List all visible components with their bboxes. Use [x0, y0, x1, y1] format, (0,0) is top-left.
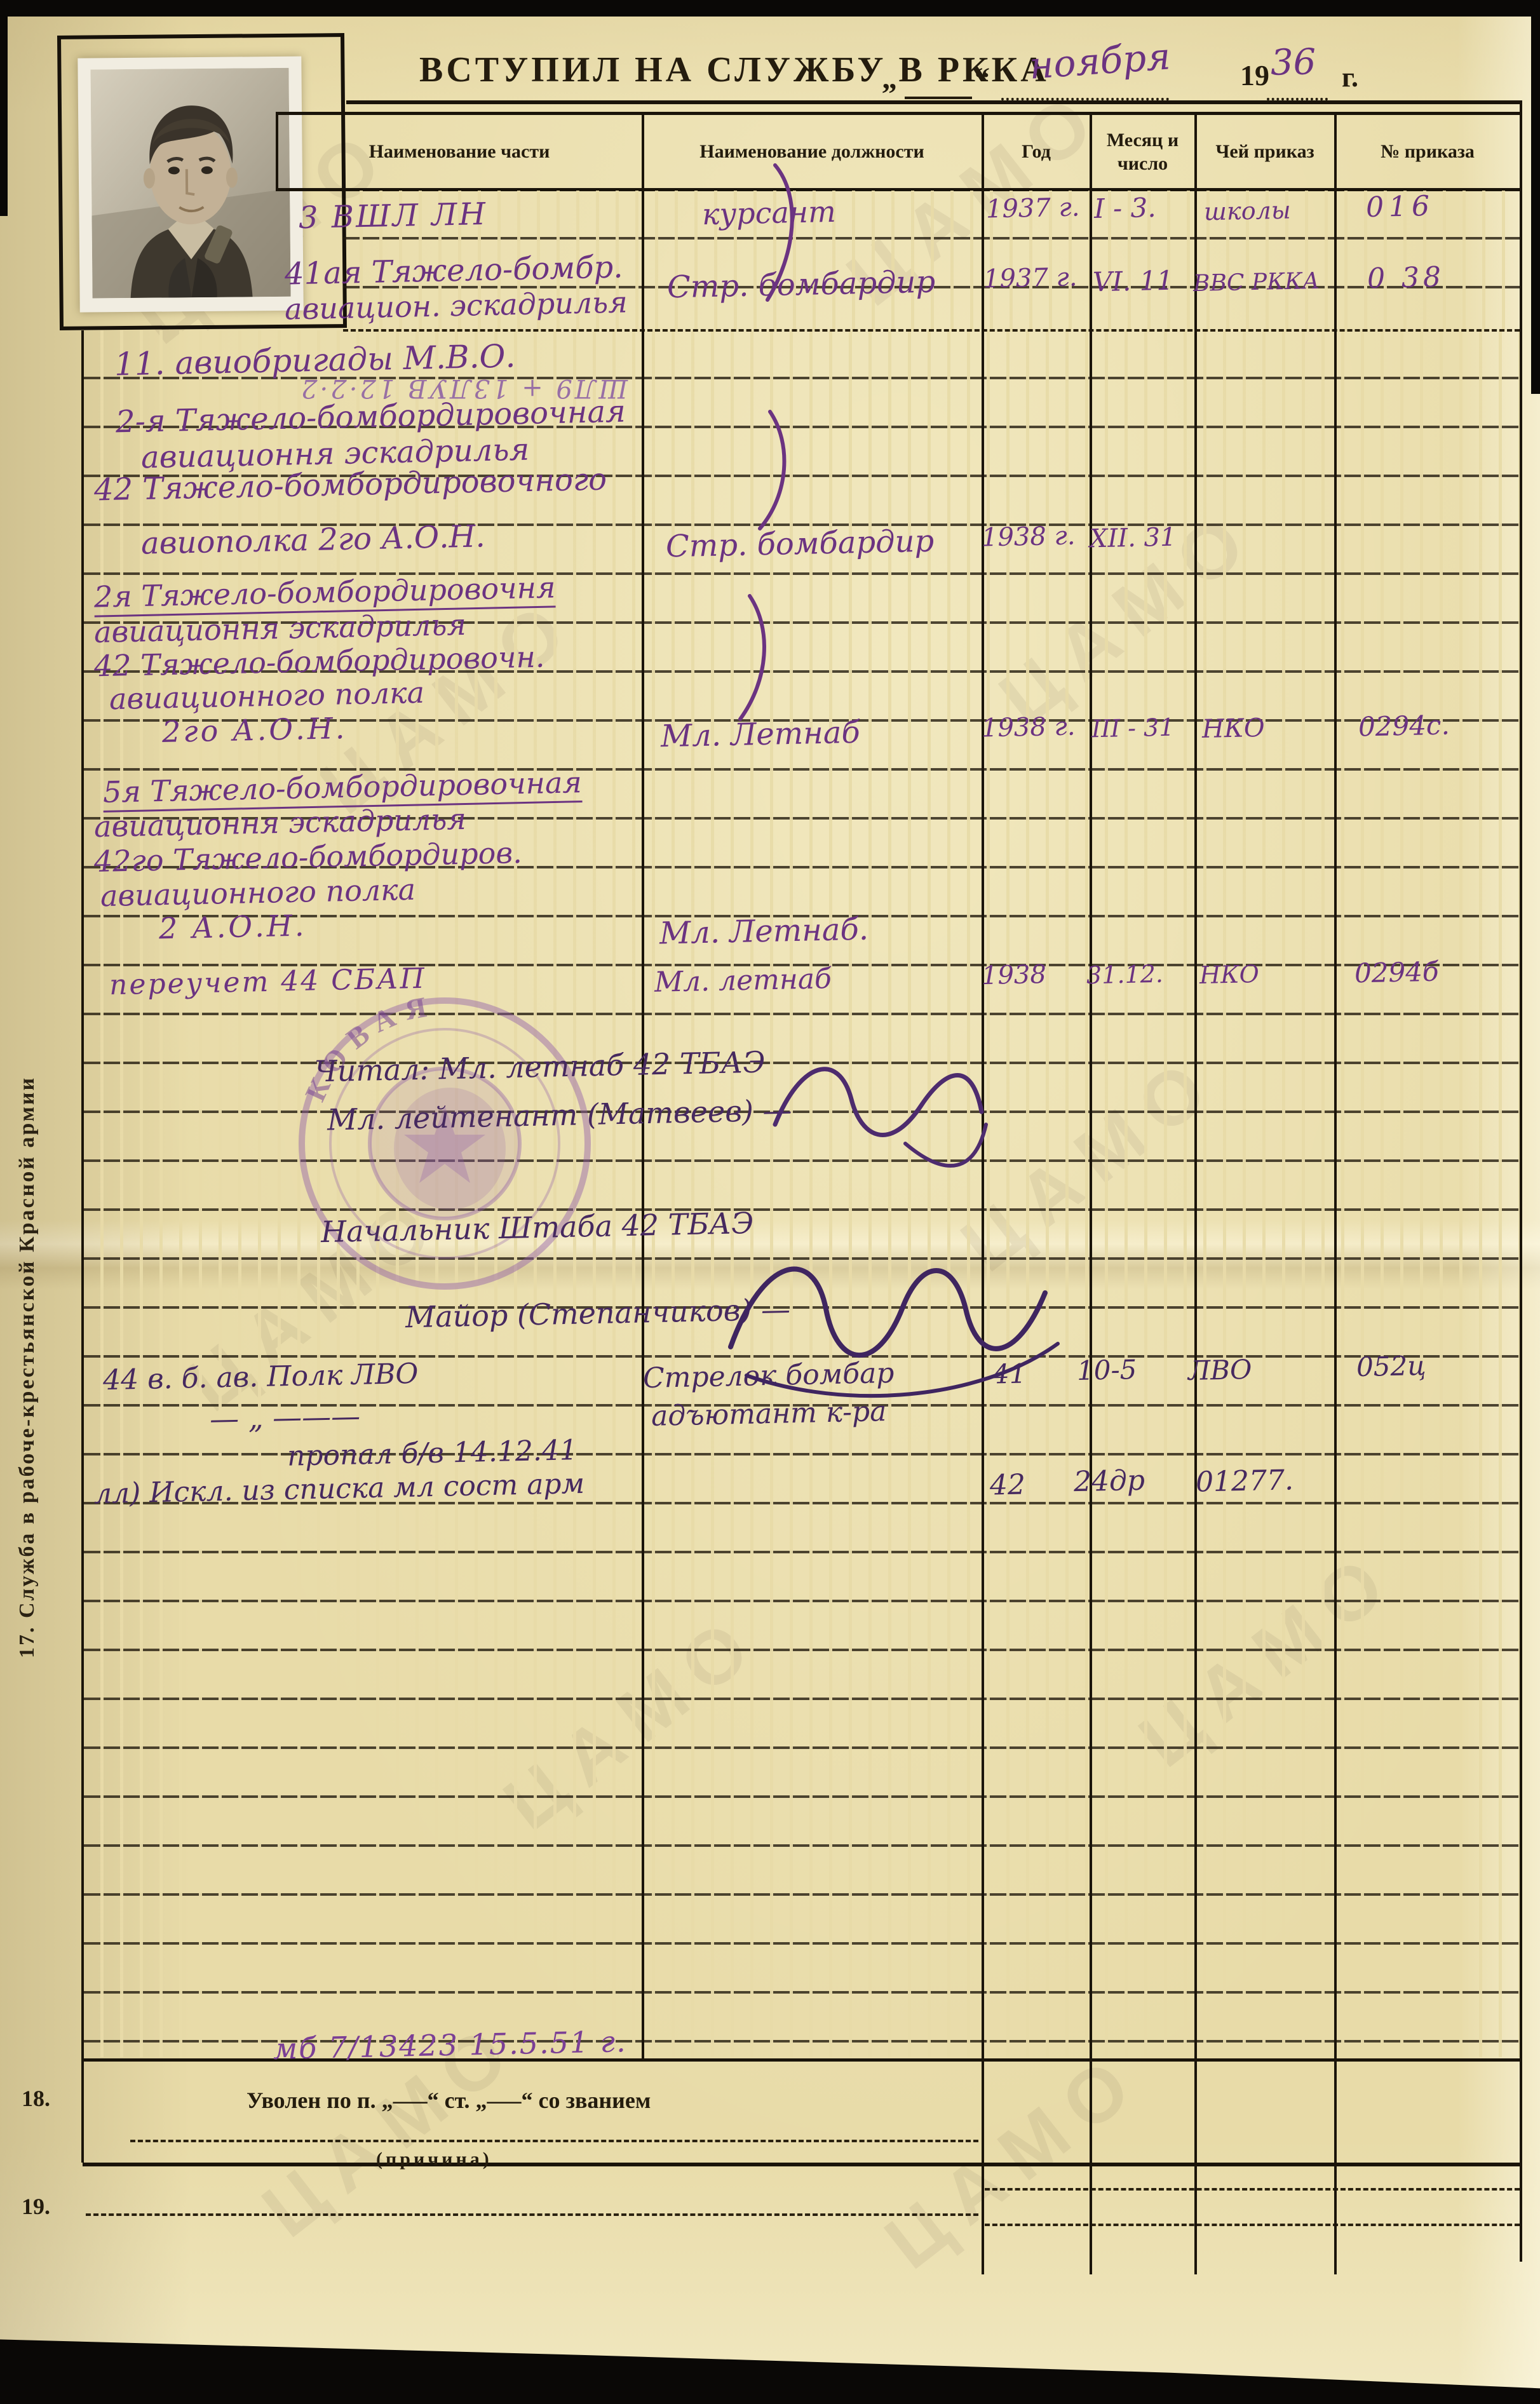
photo-portrait	[78, 57, 303, 313]
hw-entry-year: 1937 г.	[983, 262, 1077, 294]
hw-entry-month: III - 31	[1091, 713, 1175, 743]
column-header-year: Год	[985, 117, 1087, 187]
quote-close: “	[975, 61, 990, 96]
hw-entry-order-number: 0 38	[1367, 261, 1445, 295]
hw-entry-month: 10-5	[1076, 1354, 1137, 1386]
hw-entry-position: Мл. Летнаб.	[659, 912, 868, 952]
margin-section-17-label: 17. Служба в рабоче-крестьянской Красной…	[15, 756, 39, 1658]
signature-stepanchikov	[712, 1220, 1067, 1410]
rule-title-underline	[346, 100, 1522, 104]
ruled-line	[130, 2140, 978, 2142]
grid-vline	[1194, 112, 1197, 2163]
page-title: ВСТУПИЛ НА СЛУЖБУ В РККА	[419, 50, 1050, 90]
hw-entry-order-number: 0294б	[1354, 956, 1440, 989]
grid-vline	[1090, 112, 1092, 2163]
grid-vline	[1334, 2163, 1337, 2274]
scan-edge	[0, 0, 8, 216]
column-header-month-day: Месяц и число	[1093, 117, 1192, 187]
rule-discharge-bottom	[83, 2163, 1522, 2166]
scan-edge	[0, 0, 1540, 17]
hw-entry-order-number: 01277.	[1195, 1464, 1293, 1498]
hw-entry-unit: 2 А.О.Н.	[158, 908, 307, 946]
column-header-whose-order: Чей приказ	[1198, 117, 1332, 187]
column-header-order-number: № приказа	[1338, 117, 1517, 187]
hw-entry-year: 1938 г.	[982, 521, 1076, 552]
hw-entry-order-number: 016	[1365, 190, 1435, 224]
grid-vline	[1334, 112, 1337, 2163]
hw-entry-month: 31.12.	[1086, 960, 1164, 990]
round-stamp: КОВАЯ	[280, 978, 610, 1309]
pen-flourish	[731, 159, 820, 305]
grid-vline	[982, 2163, 984, 2274]
hw-entry-month: XII. 31	[1090, 523, 1177, 554]
pen-flourish	[731, 407, 807, 534]
hw-entry-unit: авиополка 2го А.О.Н.	[140, 518, 485, 561]
hw-entry-unit: 3 ВШЛ ЛН	[298, 196, 487, 236]
signature-matveev	[762, 1016, 991, 1182]
hw-entry-year: 1938 г.	[982, 712, 1076, 743]
portrait-illustration	[90, 68, 290, 299]
hw-entry-unit: авиационного полка	[109, 675, 424, 716]
grid-vline	[1090, 2163, 1092, 2274]
hw-entry-unit: 2го А.О.Н.	[161, 711, 347, 749]
margin-row-18-label: 18.	[22, 2085, 50, 2112]
hw-entry-order-number: 0294с.	[1358, 710, 1450, 743]
grid-vline	[81, 330, 84, 2163]
hw-entry-position: Мл. летнаб	[654, 962, 832, 999]
hw-entry-unit: авиационного полка	[100, 872, 415, 913]
hw-entry-order: НКО	[1199, 960, 1260, 989]
hw-entry-unit: авиацион. эскадрилья	[284, 285, 628, 326]
hw-entry-order-number: 052ц	[1356, 1350, 1426, 1382]
reason-label: (причина)	[376, 2149, 492, 2170]
printed-year-prefix: 19	[1240, 58, 1269, 92]
grid-vline	[276, 112, 278, 188]
hw-entry-unit: 44 в. б. ав. Полк ЛВО	[103, 1358, 419, 1396]
hw-entry-year: 1937 г.	[986, 192, 1080, 224]
hw-ditto-mark: — „ ———	[209, 1399, 360, 1436]
scan-edge	[1531, 0, 1540, 394]
hw-entry-order: ВВС РККА	[1193, 268, 1320, 297]
ruled-line	[86, 2213, 978, 2216]
hw-entry-year: 1938	[982, 960, 1047, 990]
hw-entry-month: VI. 11	[1093, 265, 1174, 298]
hw-entry-unit: переучет 44 СБАП	[109, 962, 427, 1001]
grid-vline	[1520, 2163, 1522, 2262]
ruled-line	[985, 2224, 1520, 2226]
ruled-line	[985, 2188, 1520, 2191]
grid-vline	[1194, 2163, 1197, 2274]
quote-open: „	[882, 61, 897, 96]
discharge-line: Уволен по п. „–––“ ст. „–––“ со званием	[247, 2087, 651, 2114]
grid-vline	[642, 112, 644, 2058]
scanned-page: ЦАМО ЦАМО ЦАМО ЦАМО ЦАМО ЦАМО ЦАМО ЦАМО …	[0, 0, 1540, 2404]
grid-vline	[1520, 100, 1522, 2163]
hw-entry-month: I - 3.	[1093, 192, 1156, 224]
handwritten-entry-year: 36	[1270, 41, 1316, 83]
paper: ЦАМО ЦАМО ЦАМО ЦАМО ЦАМО ЦАМО ЦАМО ЦАМО …	[0, 0, 1540, 2404]
handwritten-entry-month: ноября	[1028, 34, 1172, 87]
hw-entry-order: школы	[1204, 196, 1292, 226]
ruled-line	[343, 329, 1520, 332]
hw-entry-order: ЛВО	[1187, 1354, 1252, 1386]
hw-entry-year: 42	[989, 1468, 1025, 1501]
scan-torn-bottom-edge	[0, 2306, 1540, 2404]
hw-missing-in-action-note: пропал б/в 14.12.41	[287, 1434, 578, 1473]
blank-line	[905, 97, 972, 99]
archive-watermark: ЦАМО	[869, 2032, 1159, 2286]
pen-flourish	[712, 591, 788, 724]
column-header-unit: Наименование части	[280, 117, 639, 187]
hw-entry-month: 24др	[1073, 1464, 1145, 1498]
hw-entry-order: НКО	[1202, 713, 1266, 744]
margin-row-19-label: 19.	[22, 2193, 50, 2220]
year-suffix: г.	[1342, 61, 1358, 93]
